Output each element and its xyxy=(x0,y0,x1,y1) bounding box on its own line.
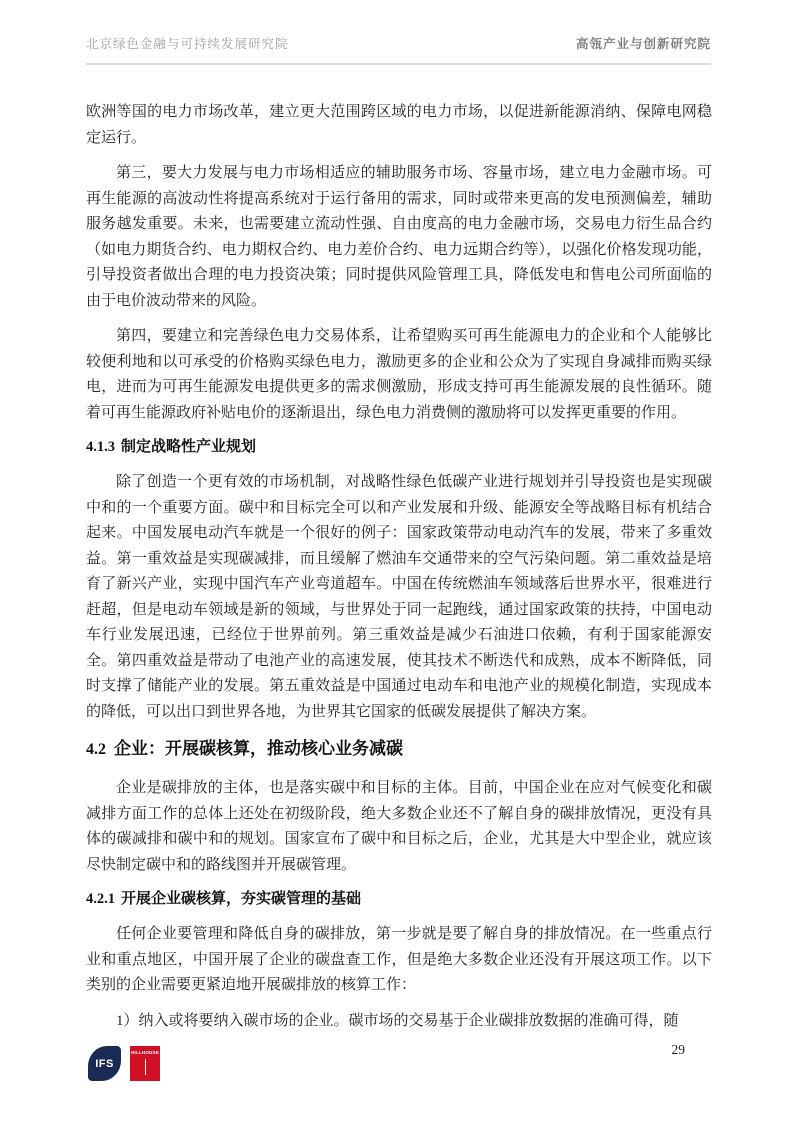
page-header: 北京绿色金融与可持续发展研究院 高瓴产业与创新研究院 xyxy=(86,34,711,65)
header-right-org: 高瓴产业与创新研究院 xyxy=(576,34,711,52)
paragraph-fourth-point: 第四，要建立和完善绿色电力交易体系，让希望购买可再生能源电力的企业和个人能够比较… xyxy=(86,324,712,426)
hillhouse-logo: HILLHOUSE xyxy=(130,1046,160,1081)
section-heading-4-2-1: 4.2.1开展企业碳核算，夯实碳管理的基础 xyxy=(86,888,712,910)
ifs-logo-label: IFS xyxy=(95,1058,114,1070)
footer-logos: IFS HILLHOUSE xyxy=(88,1046,160,1081)
document-page: 北京绿色金融与可持续发展研究院 高瓴产业与创新研究院 欧洲等国的电力市场改革，建… xyxy=(0,0,793,1122)
header-left-org: 北京绿色金融与可持续发展研究院 xyxy=(86,34,289,52)
section-heading-4-2: 4.2企业：开展碳核算，推动核心业务减碳 xyxy=(86,737,712,762)
hillhouse-logo-divider xyxy=(145,1059,146,1075)
paragraph-strategic-industry: 除了创造一个更有效的市场机制，对战略性绿色低碳产业进行规划并引导投资也是实现碳中… xyxy=(86,470,712,725)
paragraph-carbon-accounting: 任何企业要管理和降低自身的碳排放，第一步就是要了解自身的排放情况。在一些重点行业… xyxy=(86,922,712,999)
ifs-logo: IFS xyxy=(88,1046,121,1081)
paragraph-enterprise-intro: 企业是碳排放的主体，也是落实碳中和目标的主体。目前，中国企业在应对气候变化和碳减… xyxy=(86,776,712,878)
section-number: 4.2 xyxy=(86,741,106,758)
section-number: 4.2.1 xyxy=(86,891,115,907)
document-body: 欧洲等国的电力市场改革，建立更大范围跨区域的电力市场，以促进新能源消纳、保障电网… xyxy=(86,100,712,1036)
hillhouse-logo-label: HILLHOUSE xyxy=(131,1050,159,1055)
list-item-1: 1）纳入或将要纳入碳市场的企业。碳市场的交易基于企业碳排放数据的准确可得，随 xyxy=(86,1009,712,1035)
section-heading-4-1-3: 4.1.3制定战略性产业规划 xyxy=(86,436,712,458)
section-title: 开展企业碳核算，夯实碳管理的基础 xyxy=(121,890,361,907)
section-number: 4.1.3 xyxy=(86,439,115,455)
section-title: 制定战略性产业规划 xyxy=(121,438,256,455)
paragraph-continuation: 欧洲等国的电力市场改革，建立更大范围跨区域的电力市场，以促进新能源消纳、保障电网… xyxy=(86,100,712,151)
paragraph-third-point: 第三，要大力发展与电力市场相适应的辅助服务市场、容量市场，建立电力金融市场。可再… xyxy=(86,161,712,314)
section-title: 企业：开展碳核算，推动核心业务减碳 xyxy=(114,739,403,758)
page-number: 29 xyxy=(672,1042,686,1058)
